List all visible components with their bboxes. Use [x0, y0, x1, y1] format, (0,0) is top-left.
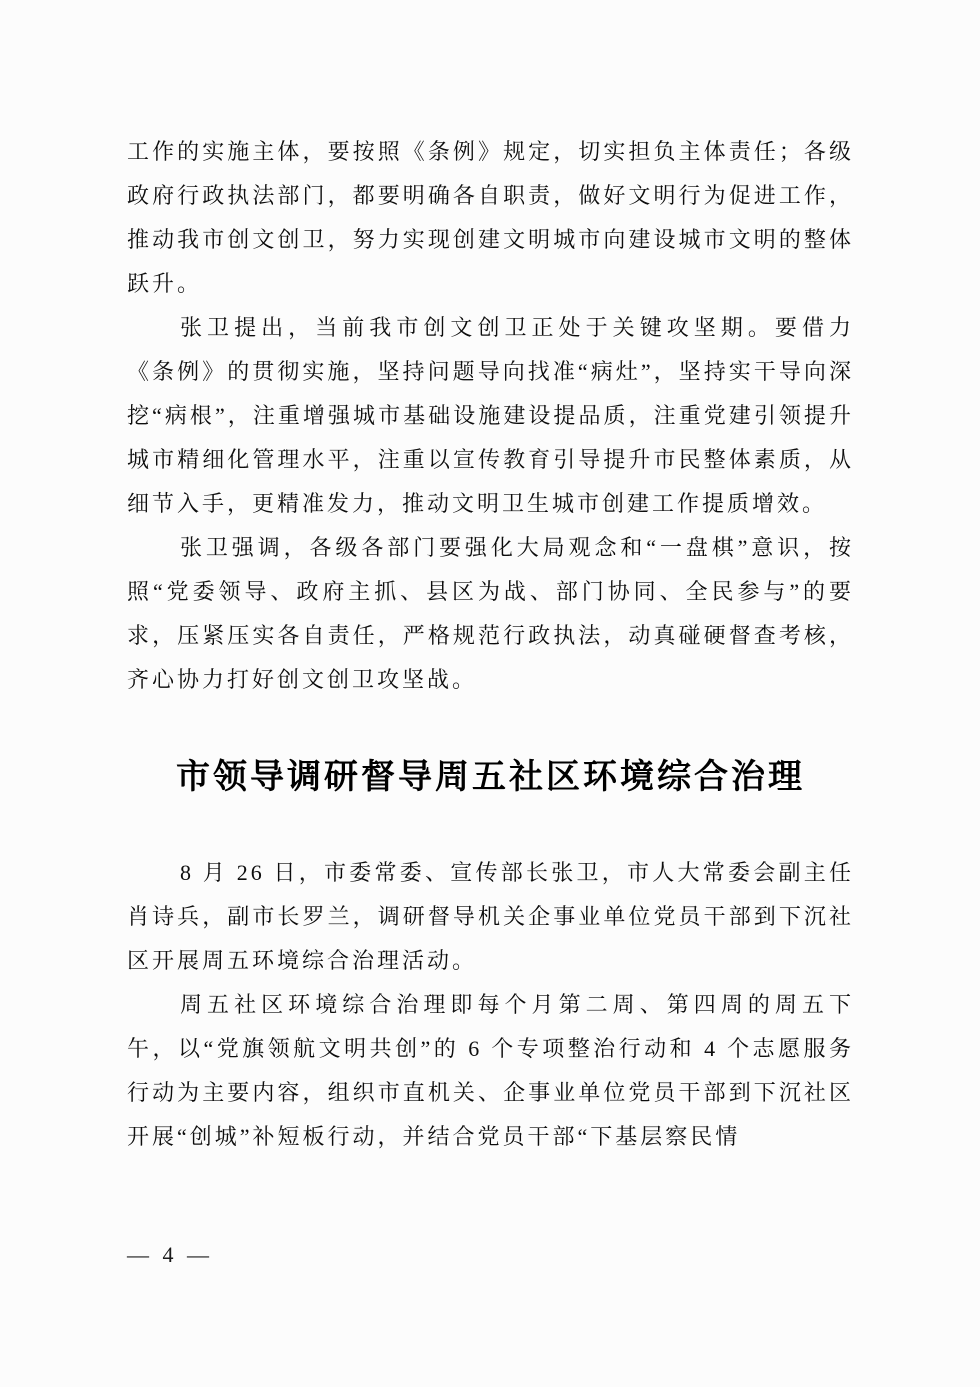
section-paragraph: 周五社区环境综合治理即每个月第二周、第四周的周五下午，以“党旗领航文明共创”的 …: [127, 983, 854, 1159]
body-paragraph: 张卫提出，当前我市创文创卫正处于关键攻坚期。要借力《条例》的贯彻实施，坚持问题导…: [127, 306, 854, 526]
body-paragraph: 张卫强调，各级各部门要强化大局观念和“一盘棋”意识，按照“党委领导、政府主抓、县…: [127, 526, 854, 702]
section-title: 市领导调研督导周五社区环境综合治理: [127, 748, 854, 808]
body-paragraph-continuation: 工作的实施主体，要按照《条例》规定，切实担负主体责任；各级政府行政执法部门，都要…: [127, 130, 854, 306]
section-paragraph: 8 月 26 日，市委常委、宣传部长张卫，市人大常委会副主任肖诗兵，副市长罗兰，…: [127, 851, 854, 983]
page-number: — 4 —: [127, 1242, 213, 1268]
document-page: 工作的实施主体，要按照《条例》规定，切实担负主体责任；各级政府行政执法部门，都要…: [0, 0, 980, 1387]
page-content: 工作的实施主体，要按照《条例》规定，切实担负主体责任；各级政府行政执法部门，都要…: [127, 130, 854, 1159]
